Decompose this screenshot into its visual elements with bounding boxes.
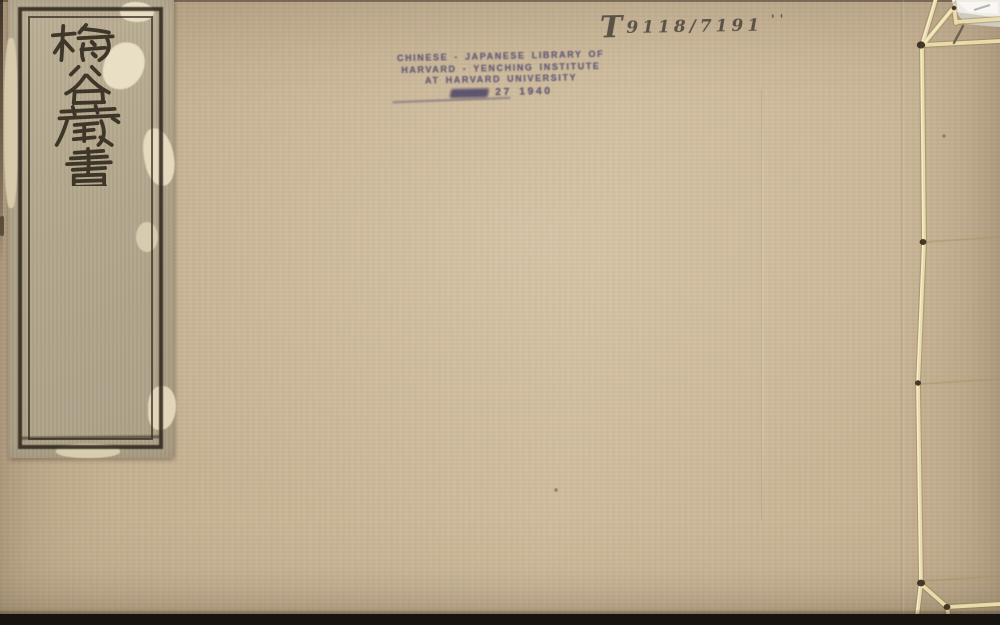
thread-shadows — [916, 0, 1000, 625]
book-cover-photo: 梅 谷 藏 書 — [0, 0, 1000, 625]
thread-top-horizontal-2 — [923, 41, 1000, 45]
spine-fold-crease — [901, 0, 904, 625]
call-number: T9118/7191'' — [600, 6, 881, 51]
call-number-digits: 9118/7191 — [626, 16, 763, 38]
title-label: 梅 谷 藏 書 — [8, 0, 174, 458]
thread-vertical — [916, 46, 924, 625]
thread-top-curve — [922, 0, 936, 46]
calligraphy-character-shu — [67, 149, 111, 186]
corner-patch — [952, 0, 1000, 27]
thread-top-diagonal — [922, 7, 956, 46]
library-stamp: CHINESE - JAPANESE LIBRARY OF HARVARD - … — [366, 48, 637, 101]
call-number-tick-marks: '' — [771, 12, 789, 26]
stitch-imprints — [920, 237, 1000, 581]
thread-bottom-horizontal — [948, 604, 1000, 607]
left-edge-dark-mark — [0, 216, 4, 236]
binding-threads — [916, 0, 1000, 625]
calligraphy-character-mei — [53, 25, 113, 60]
sewing-holes — [915, 6, 956, 610]
photo-bottom-background — [0, 614, 1000, 625]
thread-top-horizontal-1 — [956, 19, 1000, 22]
torn-paper-patch — [4, 38, 18, 208]
smudged-month-stamp — [449, 88, 489, 98]
calligraphy-character-cang — [57, 106, 119, 145]
pencil-volume-mark — [954, 26, 963, 43]
calligraphy-character-gu — [66, 67, 109, 103]
cover-crease — [762, 90, 764, 520]
calligraphy-title-characters — [34, 22, 144, 186]
thread-highlights — [915, 0, 953, 625]
cover-specks — [554, 134, 945, 491]
call-number-prefix: T — [600, 10, 623, 45]
